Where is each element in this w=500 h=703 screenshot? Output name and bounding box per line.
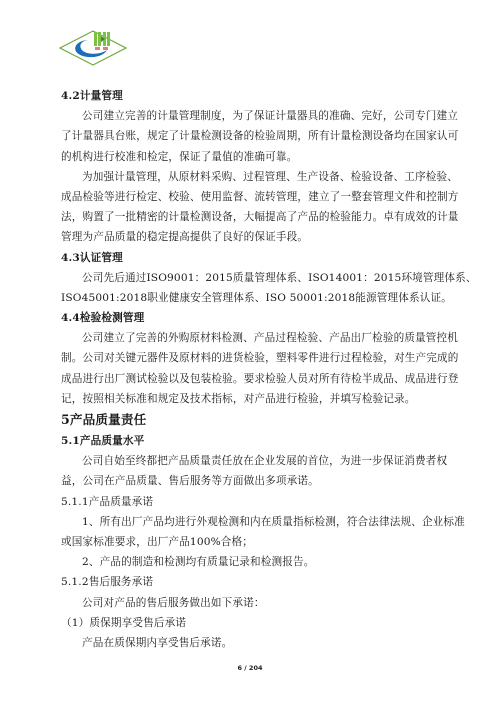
company-logo	[58, 28, 130, 68]
paragraph-line: （1）质保期享受售后承诺	[61, 613, 443, 633]
subsection-heading: 5.1产品质量水平	[61, 431, 443, 451]
paragraph-line: 成品检验等进行检定、校验、使用监督、流转管理，建立了一整套管理文件和控制方	[61, 187, 443, 207]
paragraph-line: 公司自始至终都把产品质量责任放在企业发展的首位，为进一步保证消费者权	[61, 451, 443, 471]
paragraph-line: 益，公司在产品质量、售后服务等方面做出多项承诺。	[61, 471, 443, 491]
paragraph-line: 公司建立了完善的外购原材料检测、产品过程检验、产品出厂检验的质量管控机	[61, 328, 443, 348]
logo-emblem-icon	[58, 28, 130, 68]
section-heading: 5产品质量责任	[61, 409, 443, 431]
subsection-heading: 4.2计量管理	[61, 86, 443, 106]
paragraph-line: 公司先后通过ISO9001：2015质量管理体系、ISO14001：2015环境…	[61, 268, 443, 288]
paragraph-line: 了计量器具台账，规定了计量检测设备的检验周期，所有计量检测设备均在国家认可	[61, 126, 443, 146]
paragraph-line: 记，按照相关标准和规定及技术指标，对产品进行检验，并填写检验记录。	[61, 389, 443, 409]
paragraph-line: 法，购置了一批精密的计量检测设备，大幅提高了产品的检验能力。卓有成效的计量	[61, 207, 443, 227]
page-number: 6 / 204	[0, 664, 500, 672]
paragraph-line: 公司建立完善的计量管理制度，为了保证计量器具的准确、完好，公司专门建立	[61, 106, 443, 126]
paragraph-line: 为加强计量管理，从原材料采购、过程管理、生产设备、检验设备、工序检验、	[61, 167, 443, 187]
paragraph-line: 5.1.1产品质量承诺	[61, 492, 443, 512]
document-body: 4.2计量管理公司建立完善的计量管理制度，为了保证计量器具的准确、完好，公司专门…	[61, 86, 443, 653]
paragraph-line: 成品进行出厂测试检验以及包装检验。要求检验人员对所有待检半成品、成品进行登	[61, 369, 443, 389]
paragraph-line: 1、所有出厂产品均进行外观检测和内在质量指标检测，符合法律法规、企业标准	[61, 512, 443, 532]
paragraph-line: 产品在质保期内享受售后承诺。	[61, 633, 443, 653]
paragraph-line: 制。公司对关键元器件及原材料的进货检验，塑料零件进行过程检验，对生产完成的	[61, 348, 443, 368]
paragraph-line: 公司对产品的售后服务做出如下承诺：	[61, 593, 443, 613]
paragraph-line: 5.1.2售后服务承诺	[61, 572, 443, 592]
paragraph-line: ISO45001:2018职业健康安全管理体系、ISO 50001:2018能源…	[61, 288, 443, 308]
subsection-heading: 4.3认证管理	[61, 248, 443, 268]
subsection-heading: 4.4检验检测管理	[61, 308, 443, 328]
paragraph-line: 2、产品的制造和检测均有质量记录和检测报告。	[61, 552, 443, 572]
paragraph-line: 管理为产品质量的稳定提高提供了良好的保证手段。	[61, 227, 443, 247]
paragraph-line: 或国家标准要求，出厂产品100%合格；	[61, 532, 443, 552]
paragraph-line: 的机构进行校准和检定，保证了量值的准确可靠。	[61, 147, 443, 167]
